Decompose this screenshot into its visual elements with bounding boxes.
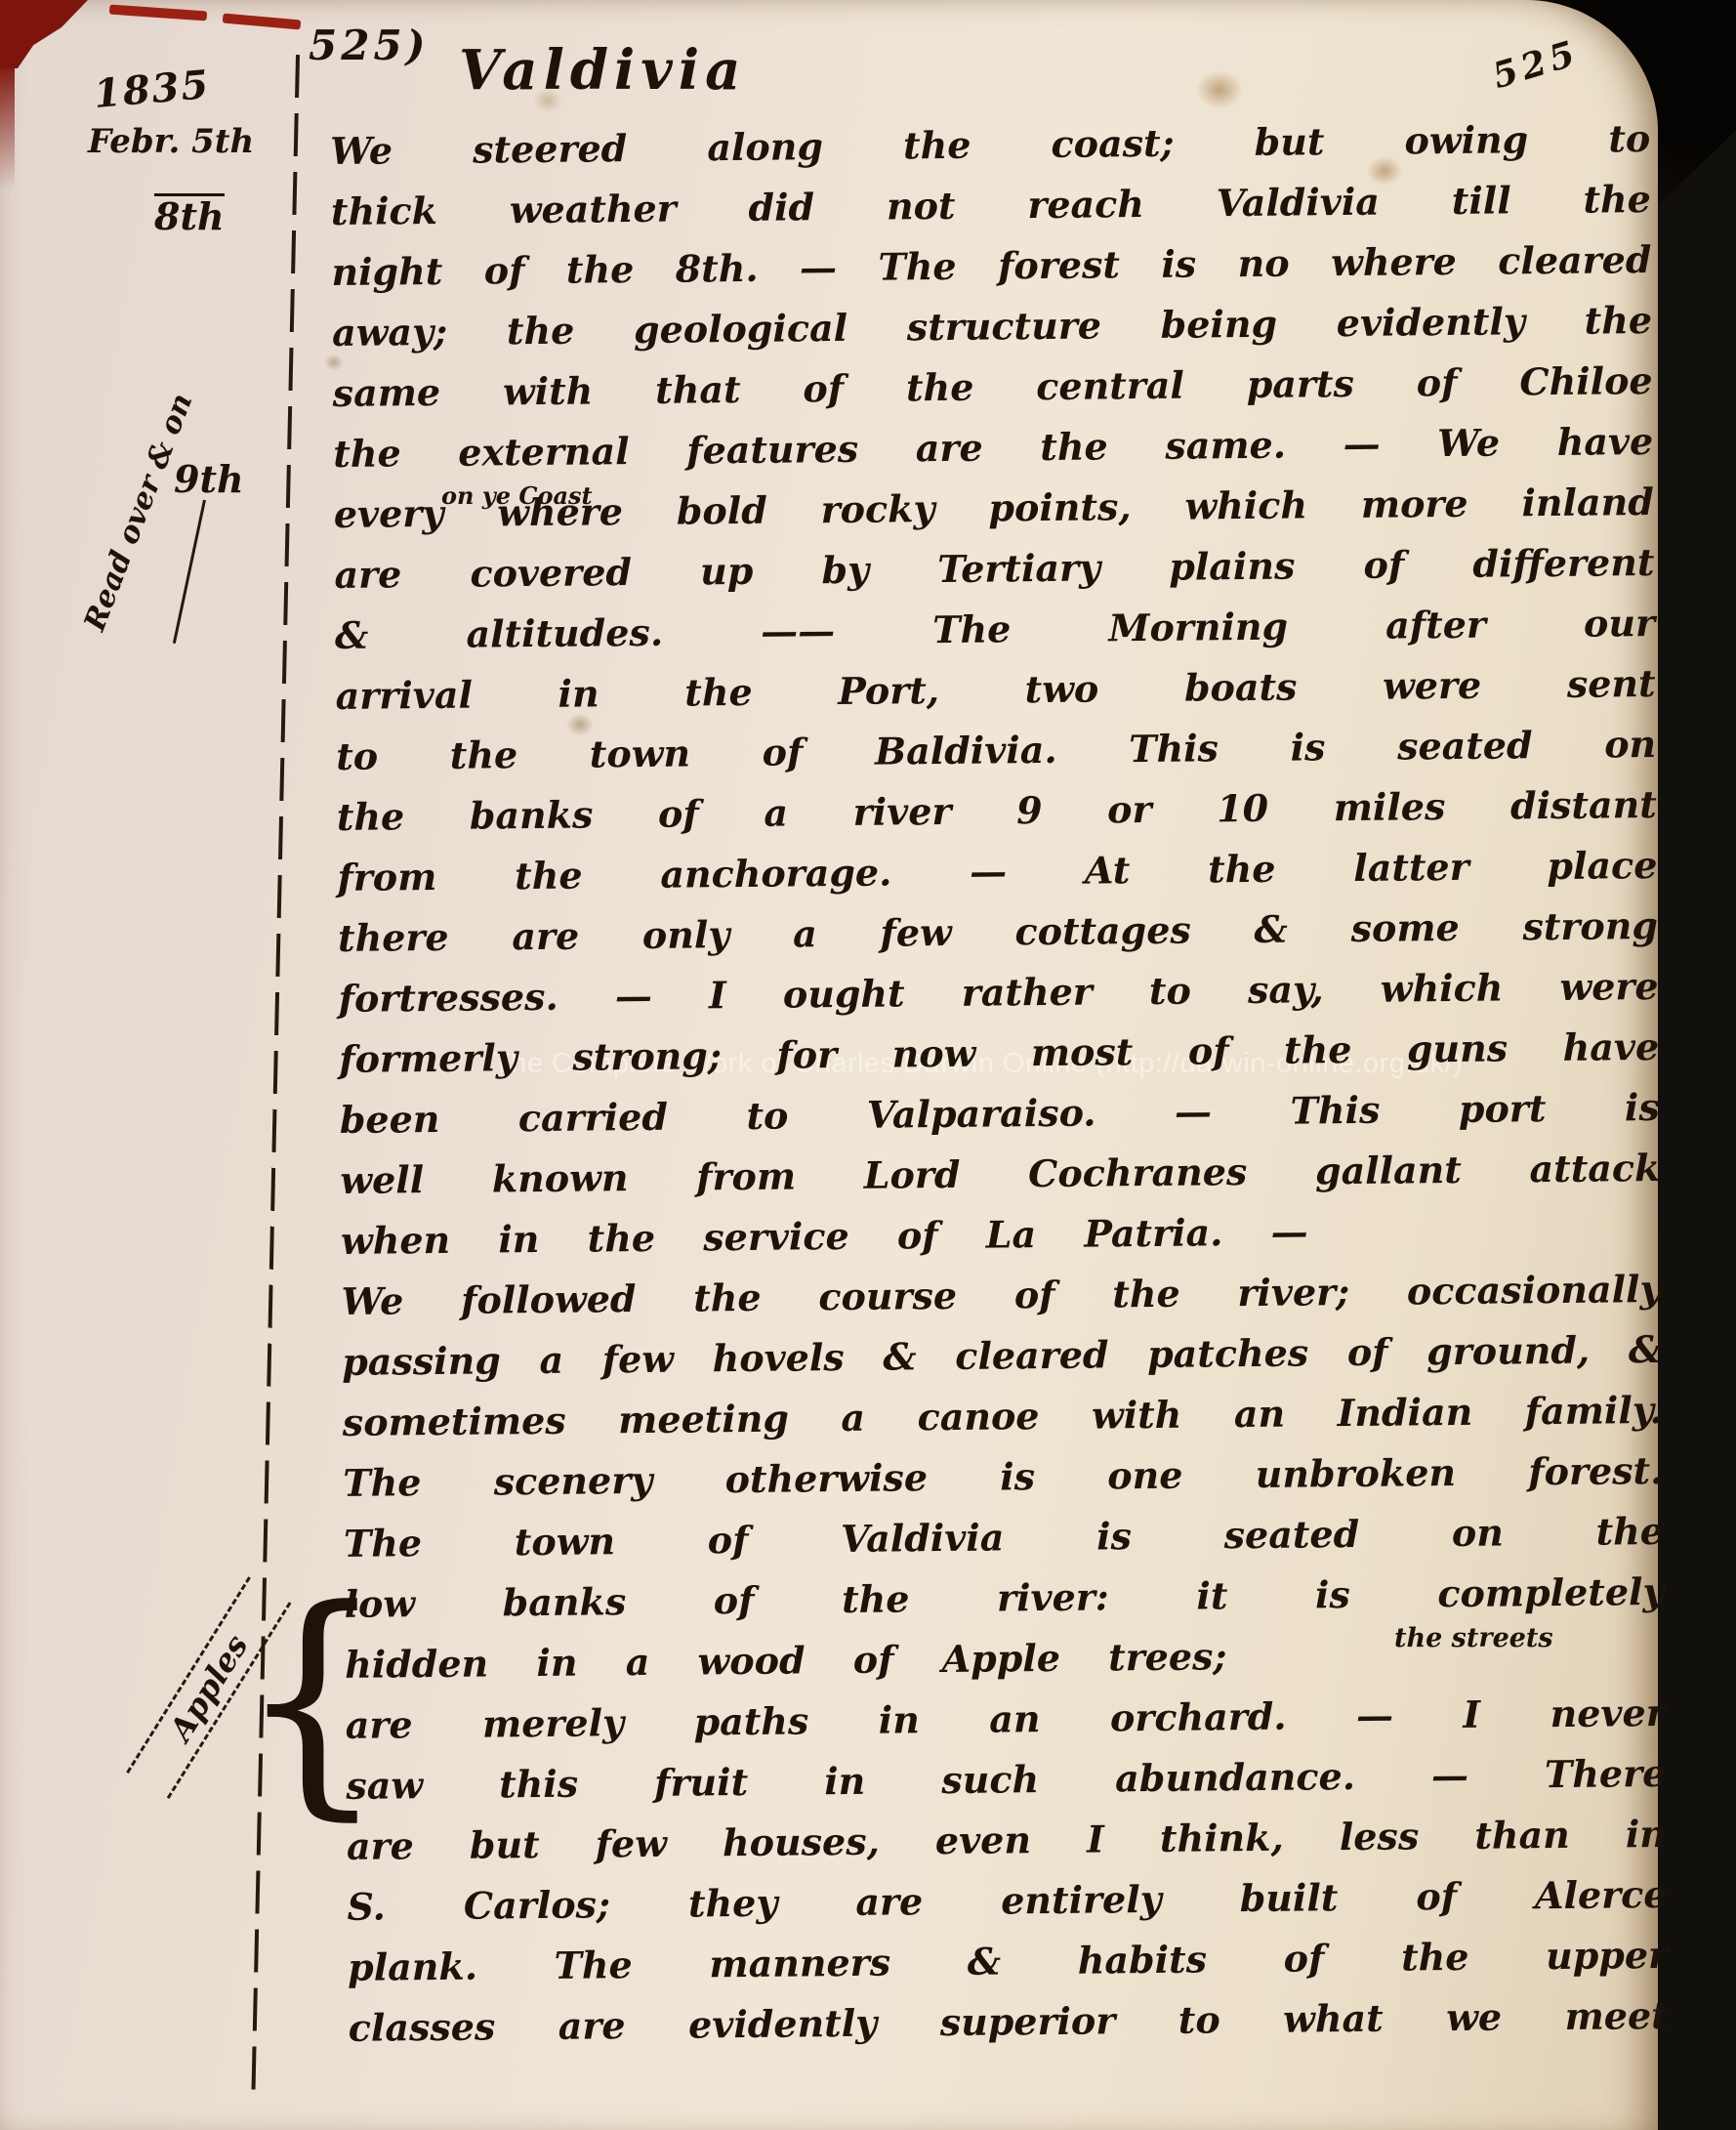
- interline-insertion-coast: on ye Coast: [441, 484, 593, 508]
- page-title: Valdivia: [459, 43, 746, 98]
- diary-line: well known from Lord Cochranes gallant a…: [340, 1138, 1661, 1211]
- diary-line: classes are evidently superior to what w…: [348, 1985, 1669, 2059]
- interline-insertion-streets: the streets: [1394, 1625, 1553, 1651]
- margin-year: 1835: [92, 65, 211, 114]
- manuscript-page-photo: The Complete Work of Charles Darwin Onli…: [0, 0, 1736, 2130]
- red-binding-mark-streak: [0, 63, 15, 189]
- folio-number-left: 525): [309, 25, 430, 66]
- paper-stain: [1196, 70, 1243, 109]
- margin-date-9th: 9th: [174, 461, 244, 498]
- diary-text-block: We steered along the coast; but owing to…: [330, 108, 1669, 2059]
- margin-date-feb-5: Febr. 5th: [88, 125, 254, 158]
- margin-date-8th: 8th: [154, 193, 225, 235]
